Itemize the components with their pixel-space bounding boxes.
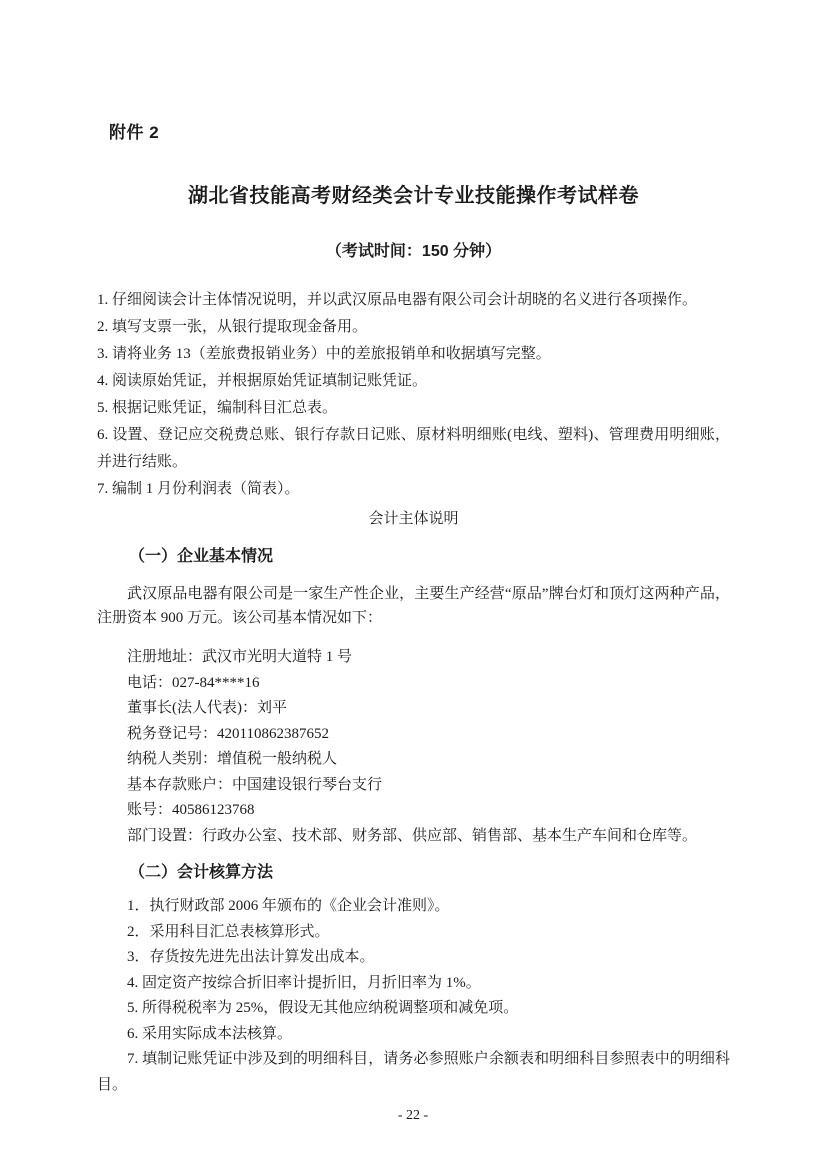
instruction-item: 7. 编制 1 月份利润表（简表）。: [97, 476, 730, 503]
company-detail-item: 董事长(法人代表)：刘平: [97, 696, 730, 722]
company-intro-paragraph: 武汉原品电器有限公司是一家生产性企业，主要生产经营“原品”牌台灯和顶灯这两种产品…: [97, 582, 730, 630]
accounting-method-list: 1．执行财政部 2006 年颁布的《企业会计准则》。2．采用科目汇总表核算形式。…: [97, 894, 730, 1098]
accounting-method-item: 4. 固定资产按综合折旧率计提折旧，月折旧率为 1%。: [97, 971, 730, 997]
instruction-item: 6. 设置、登记应交税费总账、银行存款日记账、原材料明细账(电线、塑料)、管理费…: [97, 422, 730, 476]
page-number: - 22 -: [0, 1108, 826, 1124]
company-detail-item: 纳税人类别：增值税一般纳税人: [97, 747, 730, 773]
company-detail-item: 基本存款账户：中国建设银行琴台支行: [97, 773, 730, 799]
section-1-heading: （一）企业基本情况: [97, 543, 730, 570]
instruction-item: 2. 填写支票一张，从银行提取现金备用。: [97, 314, 730, 341]
accounting-method-item: 6. 采用实际成本法核算。: [97, 1022, 730, 1048]
section-2-heading: （二）会计核算方法: [97, 859, 730, 886]
instruction-item: 1. 仔细阅读会计主体情况说明，并以武汉原品电器有限公司会计胡晓的名义进行各项操…: [97, 287, 730, 314]
accounting-method-item: 7. 填制记账凭证中涉及到的明细科目，请务必参照账户余额表和明细科目参照表中的明…: [97, 1047, 730, 1098]
instruction-item: 4. 阅读原始凭证，并根据原始凭证填制记账凭证。: [97, 368, 730, 395]
exam-instructions-list: 1. 仔细阅读会计主体情况说明，并以武汉原品电器有限公司会计胡晓的名义进行各项操…: [97, 287, 730, 503]
attachment-label: 附件 2: [109, 118, 730, 143]
company-detail-item: 账号：40586123768: [97, 798, 730, 824]
company-detail-item: 注册地址：武汉市光明大道特 1 号: [97, 645, 730, 671]
company-detail-item: 部门设置：行政办公室、技术部、财务部、供应部、销售部、基本生产车间和仓库等。: [97, 824, 730, 850]
exam-time-line: （考试时间：150 分钟）: [97, 238, 730, 261]
accounting-method-item: 1．执行财政部 2006 年颁布的《企业会计准则》。: [97, 894, 730, 920]
company-detail-item: 电话：027-84****16: [97, 671, 730, 697]
accounting-method-item: 5. 所得税税率为 25%，假设无其他应纳税调整项和减免项。: [97, 996, 730, 1022]
accounting-method-item: 2．采用科目汇总表核算形式。: [97, 920, 730, 946]
instruction-item: 3. 请将业务 13（差旅费报销业务）中的差旅报销单和收据填写完整。: [97, 341, 730, 368]
company-detail-item: 税务登记号：420110862387652: [97, 722, 730, 748]
document-title: 湖北省技能高考财经类会计专业技能操作考试样卷: [97, 179, 730, 208]
instruction-item: 5. 根据记账凭证，编制科目汇总表。: [97, 395, 730, 422]
document-page: 附件 2 湖北省技能高考财经类会计专业技能操作考试样卷 （考试时间：150 分钟…: [0, 0, 826, 1169]
accounting-method-item: 3．存货按先进先出法计算发出成本。: [97, 945, 730, 971]
company-detail-lines: 注册地址：武汉市光明大道特 1 号电话：027-84****16董事长(法人代表…: [97, 645, 730, 849]
accounting-subject-heading: 会计主体说明: [97, 506, 730, 533]
